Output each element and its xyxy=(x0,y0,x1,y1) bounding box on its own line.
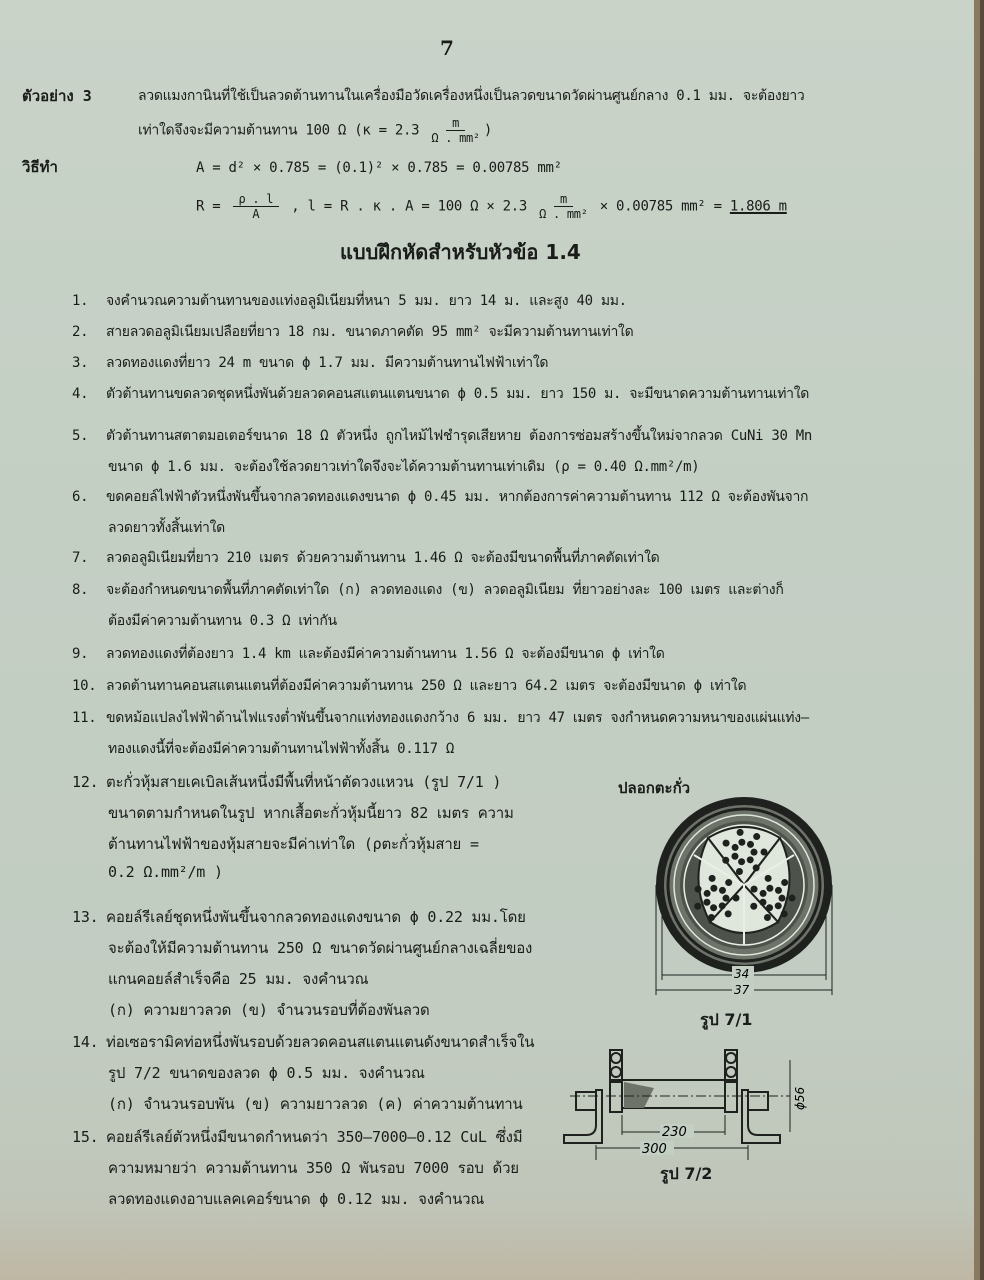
example-line-2-text: เท่าใดจึงจะมีความต้านทาน 100 Ω (κ = 2.3 xyxy=(138,123,419,139)
exercise-item: 13.คอยล์รีเลย์ชุดหนึ่งพันขึ้นจากลวดทองแด… xyxy=(72,905,526,929)
example-line-2: เท่าใดจึงจะมีความต้านทาน 100 Ω (κ = 2.3 … xyxy=(138,116,492,145)
kappa-unit-fraction: mΩ . mm² xyxy=(431,116,479,145)
paper-stain xyxy=(0,1210,974,1280)
exercise-item: 7.ลวดอลูมิเนียมที่ยาว 210 เมตร ด้วยความต… xyxy=(72,547,659,569)
exercise-text: 0.2 Ω.mm²/m ) xyxy=(108,863,223,881)
frac-den: Ω . mm² xyxy=(539,207,587,221)
exercise-number: 13. xyxy=(72,908,106,926)
dim-diameter: ϕ56 xyxy=(793,1086,807,1110)
section-heading: แบบฝึกหัดสำหรับหัวข้อ 1.4 xyxy=(340,236,581,268)
exercise-item: 4.ตัวต้านทานขดลวดชุดหนึ่งพันด้วยลวดคอนสแ… xyxy=(72,383,809,405)
exercise-text: ตะกั่วหุ้มสายเคเบิลเส้นหนึ่งมีพื้นที่หน้… xyxy=(106,773,501,791)
exercise-text: ทองแดงนี้ที่จะต้องมีค่าความต้านทานไฟฟ้าท… xyxy=(108,741,454,757)
frac-den: A xyxy=(252,207,259,221)
dim-outer: 37 xyxy=(734,983,750,997)
exercise-number: 15. xyxy=(72,1128,106,1146)
exercise-item-continuation: ทองแดงนี้ที่จะต้องมีค่าความต้านทานไฟฟ้าท… xyxy=(108,738,454,760)
dim-300: 300 xyxy=(642,1142,667,1157)
fig1-caption: รูป 7/1 xyxy=(700,1008,752,1033)
exercise-item-continuation: (ก) ความยาวลวด (ข) จำนวนรอบที่ต้องพันลวด xyxy=(108,998,430,1022)
dim-230: 230 xyxy=(662,1125,687,1140)
exercise-item-continuation: (ก) จำนวนรอบพัน (ข) ความยาวลวด (ค) ค่าคว… xyxy=(108,1092,523,1116)
result-value: 1.806 m xyxy=(730,199,787,215)
dim-inner: 34 xyxy=(734,967,749,981)
exercise-text: ความหมายว่า ความต้านทาน 350 Ω พันรอบ 700… xyxy=(108,1159,519,1177)
exercise-item-continuation: ขนาดตามกำหนดในรูป หากเสื้อตะกั่วหุ้มนี้ย… xyxy=(108,801,514,825)
exercise-item-continuation: 0.2 Ω.mm²/m ) xyxy=(108,863,223,881)
exercise-text: ลวดอลูมิเนียมที่ยาว 210 เมตร ด้วยความต้า… xyxy=(106,550,659,566)
exercise-text: ขดหม้อแปลงไฟฟ้าด้านไฟแรงต่ำพันขึ้นจากแท่… xyxy=(106,710,809,726)
frac-num: ρ . l xyxy=(233,192,280,207)
exercise-text: ท่อเซอรามิคท่อหนึ่งพันรอบด้วยลวดคอนสแตนแ… xyxy=(106,1033,534,1051)
frac-den: Ω . mm² xyxy=(431,131,479,145)
exercise-text: คอยล์รีเลย์ตัวหนึ่งมีขนาดกำหนดว่า 350–70… xyxy=(106,1128,522,1146)
cable-cross-section-figure: 34 37 xyxy=(652,780,852,1010)
exercise-text: ตัวต้านทานขดลวดชุดหนึ่งพันด้วยลวดคอนสแตน… xyxy=(106,386,809,402)
exercise-text: จงคำนวณความต้านทานของแท่งอลูมิเนียมที่หน… xyxy=(106,293,627,309)
exercise-number: 10. xyxy=(72,678,106,694)
exercise-number: 4. xyxy=(72,386,106,402)
document-page: 7 ตัวอย่าง 3 ลวดแมงกานินที่ใช้เป็นลวดต้า… xyxy=(0,0,980,1280)
exercise-item: 6.ขดคอยล์ไฟฟ้าตัวหนึ่งพันขึ้นจากลวดทองแด… xyxy=(72,486,808,508)
exercise-number: 1. xyxy=(72,293,106,309)
exercise-number: 3. xyxy=(72,355,106,371)
frac-num: m xyxy=(554,192,573,207)
exercise-text: ต้องมีค่าความต้านทาน 0.3 Ω เท่ากัน xyxy=(108,613,337,629)
eq2-part-c: × 0.00785 mm² = xyxy=(600,199,722,215)
exercise-number: 5. xyxy=(72,428,106,444)
frac-num: m xyxy=(446,116,465,131)
exercise-text: จะต้องกำหนดขนาดพื้นที่ภาคตัดเท่าใด (ก) ล… xyxy=(106,582,784,598)
exercise-item-continuation: แกนคอยล์สำเร็จคือ 25 มม. จงคำนวณ xyxy=(108,967,368,991)
example-line-1: ลวดแมงกานินที่ใช้เป็นลวดต้านทานในเครื่อง… xyxy=(138,85,805,107)
page-number: 7 xyxy=(440,36,454,60)
exercise-item-continuation: ต้องมีค่าความต้านทาน 0.3 Ω เท่ากัน xyxy=(108,610,337,632)
exercise-number: 2. xyxy=(72,324,106,340)
exercise-text: ขนาด ϕ 1.6 มม. จะต้องใช้ลวดยาวเท่าใดจึงจ… xyxy=(108,459,699,475)
exercise-item-continuation: จะต้องให้มีความต้านทาน 250 Ω ขนาดวัดผ่าน… xyxy=(108,936,532,960)
solution-eq-1: A = d² × 0.785 = (0.1)² × 0.785 = 0.0078… xyxy=(196,160,562,176)
ceramic-tube-resistor-figure: 230 300 ϕ56 xyxy=(560,1040,860,1160)
exercise-number: 6. xyxy=(72,489,106,505)
exercise-item: 5.ตัวต้านทานสตาตมอเตอร์ขนาด 18 Ω ตัวหนึ่… xyxy=(72,425,812,447)
exercise-item: 15.คอยล์รีเลย์ตัวหนึ่งมีขนาดกำหนดว่า 350… xyxy=(72,1125,522,1149)
exercise-text: คอยล์รีเลย์ชุดหนึ่งพันขึ้นจากลวดทองแดงขน… xyxy=(106,908,526,926)
exercise-number: 9. xyxy=(72,646,106,662)
exercise-item: 9.ลวดทองแดงที่ต้องยาว 1.4 km และต้องมีค่… xyxy=(72,643,665,665)
exercise-number: 12. xyxy=(72,773,106,791)
exercise-number: 11. xyxy=(72,710,106,726)
exercise-text: รูป 7/2 ขนาดของลวด ϕ 0.5 มม. จงคำนวณ xyxy=(108,1064,425,1082)
exercise-text: จะต้องให้มีความต้านทาน 250 Ω ขนาดวัดผ่าน… xyxy=(108,939,532,957)
exercise-item-continuation: ขนาด ϕ 1.6 มม. จะต้องใช้ลวดยาวเท่าใดจึงจ… xyxy=(108,456,699,478)
exercise-item-continuation: ลวดทองแดงอาบแลคเคอร์ขนาด ϕ 0.12 มม. จงคำ… xyxy=(108,1187,484,1211)
exercise-text: ขดคอยล์ไฟฟ้าตัวหนึ่งพันขึ้นจากลวดทองแดงข… xyxy=(106,489,808,505)
exercise-text: ลวดต้านทานคอนสแตนแตนที่ต้องมีค่าความต้าน… xyxy=(106,678,746,694)
exercise-item-continuation: ความหมายว่า ความต้านทาน 350 Ω พันรอบ 700… xyxy=(108,1156,519,1180)
exercise-item: 3.ลวดทองแดงที่ยาว 24 m ขนาด ϕ 1.7 มม. มี… xyxy=(72,352,548,374)
exercise-number: 7. xyxy=(72,550,106,566)
eq2-part-a: R = xyxy=(196,199,220,215)
exercise-item: 1.จงคำนวณความต้านทานของแท่งอลูมิเนียมที่… xyxy=(72,290,627,312)
exercise-item: 12.ตะกั่วหุ้มสายเคเบิลเส้นหนึ่งมีพื้นที่… xyxy=(72,770,501,794)
exercise-text: ลวดยาวทั้งสิ้นเท่าใด xyxy=(108,520,225,536)
exercise-item-continuation: ต้านทานไฟฟ้าของหุ้มสายจะมีค่าเท่าใด (ρตะ… xyxy=(108,832,479,856)
exercise-item: 14.ท่อเซอรามิคท่อหนึ่งพันรอบด้วยลวดคอนสแ… xyxy=(72,1030,534,1054)
eq2-part-b: , l = R . κ . A = 100 Ω × 2.3 xyxy=(291,199,527,215)
exercise-item: 8.จะต้องกำหนดขนาดพื้นที่ภาคตัดเท่าใด (ก)… xyxy=(72,579,784,601)
exercise-item-continuation: ลวดยาวทั้งสิ้นเท่าใด xyxy=(108,517,225,539)
exercise-number: 14. xyxy=(72,1033,106,1051)
exercise-text: ลวดทองแดงที่ยาว 24 m ขนาด ϕ 1.7 มม. มีคว… xyxy=(106,355,548,371)
exercise-text: ลวดทองแดงที่ต้องยาว 1.4 km และต้องมีค่าค… xyxy=(106,646,665,662)
exercise-text: ขนาดตามกำหนดในรูป หากเสื้อตะกั่วหุ้มนี้ย… xyxy=(108,804,514,822)
exercise-text: ต้านทานไฟฟ้าของหุ้มสายจะมีค่าเท่าใด (ρตะ… xyxy=(108,835,479,853)
exercise-text: (ก) ความยาวลวด (ข) จำนวนรอบที่ต้องพันลวด xyxy=(108,1001,430,1019)
solution-label: วิธีทำ xyxy=(22,155,58,179)
example-label: ตัวอย่าง 3 xyxy=(22,84,92,108)
resistance-fraction: ρ . lA xyxy=(233,192,280,221)
exercise-number: 8. xyxy=(72,582,106,598)
exercise-text: ลวดทองแดงอาบแลคเคอร์ขนาด ϕ 0.12 มม. จงคำ… xyxy=(108,1190,484,1208)
exercise-item: 11.ขดหม้อแปลงไฟฟ้าด้านไฟแรงต่ำพันขึ้นจาก… xyxy=(72,707,809,729)
exercise-text: สายลวดอลูมิเนียมเปลือยที่ยาว 18 กม. ขนาด… xyxy=(106,324,633,340)
solution-eq-2: R = ρ . lA , l = R . κ . A = 100 Ω × 2.3… xyxy=(196,192,787,221)
exercise-text: แกนคอยล์สำเร็จคือ 25 มม. จงคำนวณ xyxy=(108,970,368,988)
fig2-caption: รูป 7/2 xyxy=(660,1162,712,1187)
exercise-item-continuation: รูป 7/2 ขนาดของลวด ϕ 0.5 มม. จงคำนวณ xyxy=(108,1061,425,1085)
exercise-text: (ก) จำนวนรอบพัน (ข) ความยาวลวด (ค) ค่าคว… xyxy=(108,1095,523,1113)
unit-fraction: mΩ . mm² xyxy=(539,192,587,221)
exercise-text: ตัวต้านทานสตาตมอเตอร์ขนาด 18 Ω ตัวหนึ่ง … xyxy=(106,428,812,444)
exercise-item: 10.ลวดต้านทานคอนสแตนแตนที่ต้องมีค่าความต… xyxy=(72,675,746,697)
exercise-item: 2.สายลวดอลูมิเนียมเปลือยที่ยาว 18 กม. ขน… xyxy=(72,321,633,343)
